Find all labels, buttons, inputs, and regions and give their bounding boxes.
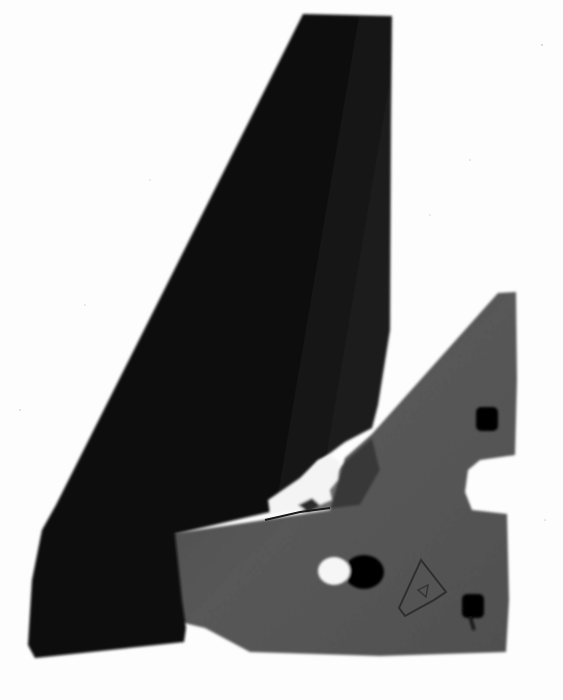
round-hole [318, 555, 384, 589]
photo [0, 0, 563, 700]
bolt-hole-upper [476, 407, 498, 431]
